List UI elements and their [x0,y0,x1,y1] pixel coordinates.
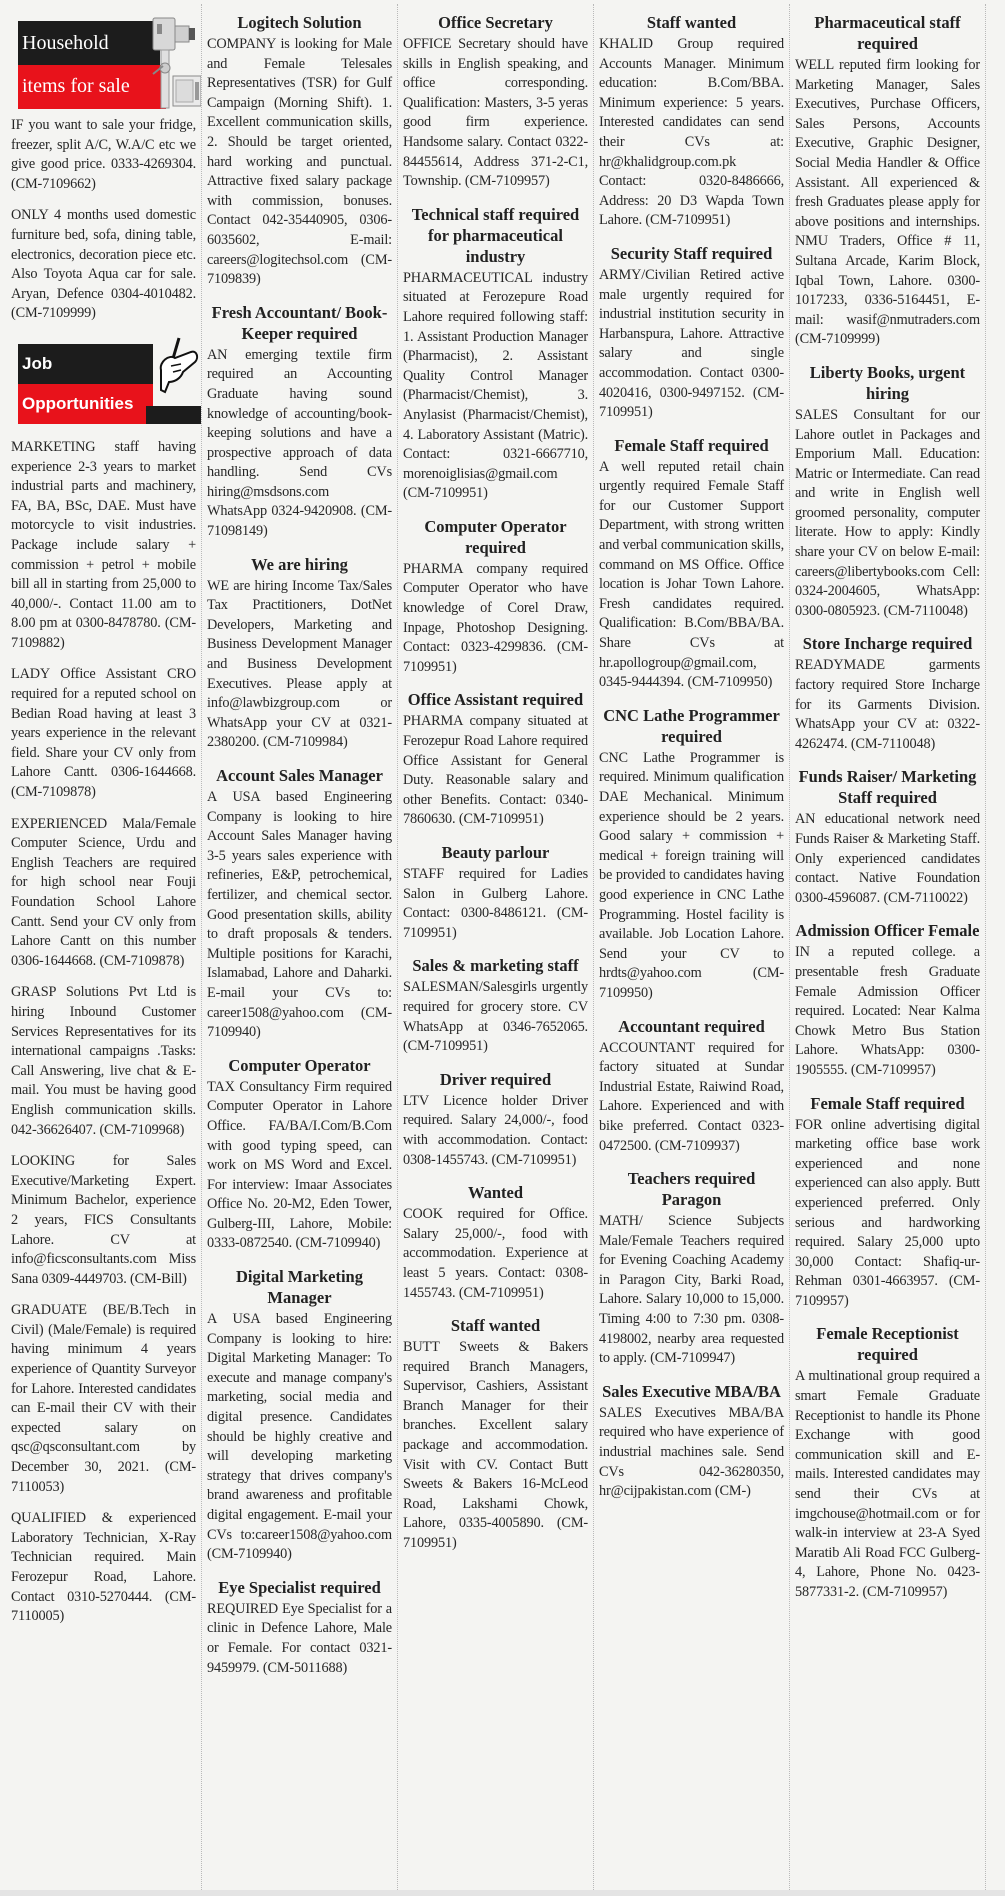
classified-ad: GRADUATE (BE/B.Tech in Civil) (Male/Fema… [11,1301,196,1497]
ad-body: STAFF required for Ladies Salon in Gulbe… [403,865,588,943]
ad-title: Female Receptionist required [795,1323,980,1365]
ad-body: LOOKING for Sales Executive/Marketing Ex… [11,1152,196,1289]
classified-ad: Computer Operator requiredPHARMA company… [403,516,588,678]
ad-title: Computer Operator [207,1055,392,1076]
ad-body: READYMADE garments factory required Stor… [795,656,980,754]
classified-ad: Funds Raiser/ Marketing Staff requiredAN… [795,766,980,908]
classified-ad: Staff wantedKHALID Group required Accoun… [599,12,784,231]
classified-ad: Driver requiredLTV Licence holder Driver… [403,1069,588,1170]
banner-title-line1: Job [18,344,153,384]
classified-ad: Fresh Accountant/ Book-Keeper requiredAN… [207,302,392,542]
ad-title: Female Staff required [599,435,784,456]
classified-ad: Teachers required ParagonMATH/ Science S… [599,1168,784,1369]
classified-ad: Female Staff requiredA well reputed reta… [599,435,784,693]
ad-title: Wanted [403,1182,588,1203]
classified-ad: Sales & marketing staffSALESMAN/Salesgir… [403,955,588,1056]
ad-body: COOK required for Office. Salary 25,000/… [403,1205,588,1303]
ad-body: KHALID Group required Accounts Manager. … [599,35,784,231]
ad-body: A multinational group required a smart F… [795,1367,980,1602]
ad-body: COMPANY is looking for Male and Female T… [207,35,392,290]
classified-ad: Female Staff requiredFOR online advertis… [795,1093,980,1312]
classified-ad: Eye Specialist requiredREQUIRED Eye Spec… [207,1577,392,1678]
ad-body: MATH/ Science Subjects Male/Female Teach… [599,1212,784,1369]
ad-title: CNC Lathe Programmer required [599,705,784,747]
ad-body: SALESMAN/Salesgirls urgently required fo… [403,978,588,1056]
ad-title: Admission Officer Female [795,920,980,941]
ad-body: REQUIRED Eye Specialist for a clinic in … [207,1600,392,1678]
ad-title: Sales & marketing staff [403,955,588,976]
ad-title: Fresh Accountant/ Book-Keeper required [207,302,392,344]
ad-title: Teachers required Paragon [599,1168,784,1210]
ad-body: GRADUATE (BE/B.Tech in Civil) (Male/Fema… [11,1301,196,1497]
classified-ad: LOOKING for Sales Executive/Marketing Ex… [11,1152,196,1289]
banner-underline [146,406,201,424]
ad-title: Sales Executive MBA/BA [599,1381,784,1402]
classified-ad: QUALIFIED & experienced Laboratory Techn… [11,1509,196,1627]
ad-title: Staff wanted [599,12,784,33]
ad-body: ACCOUNTANT required for factory situated… [599,1039,784,1157]
household-items-banner: Household items for sale [11,4,196,112]
ad-body: EXPERIENCED Mala/Female Computer Science… [11,815,196,972]
ad-title: We are hiring [207,554,392,575]
page-bottom-edge [0,1890,1005,1896]
classified-ad: IF you want to sale your fridge, freezer… [11,116,196,194]
ad-body: A well reputed retail chain urgently req… [599,458,784,693]
job-opportunities-banner: Job Opportunities [11,336,196,434]
classified-ad: WantedCOOK required for Office. Salary 2… [403,1182,588,1303]
ad-title: Pharmaceutical staff required [795,12,980,54]
ad-body: IF you want to sale your fridge, freezer… [11,116,196,194]
classified-ad: Admission Officer FemaleIN a reputed col… [795,920,980,1080]
classified-ad: MARKETING staff having experience 2-3 ye… [11,438,196,654]
column-1: Household items for sale IF you want to … [6,4,202,1896]
ad-body: WELL reputed firm looking for Marketing … [795,56,980,350]
ad-title: Beauty parlour [403,842,588,863]
ad-title: Liberty Books, urgent hiring [795,362,980,404]
banner-title-line1: Household [18,21,160,65]
ad-body: ARMY/Civilian Retired active male urgent… [599,266,784,423]
classified-ad: Female Receptionist requiredA multinatio… [795,1323,980,1602]
ad-body: IN a reputed college. a presentable fres… [795,943,980,1080]
ad-body: AN emerging textile firm required an Acc… [207,346,392,542]
classified-ad: GRASP Solutions Pvt Ltd is hiring Inboun… [11,983,196,1140]
classified-ad: Store Incharge requiredREADYMADE garment… [795,633,980,754]
classified-ad: Staff wantedBUTT Sweets & Bakers require… [403,1315,588,1554]
ad-body: MARKETING staff having experience 2-3 ye… [11,438,196,654]
ad-title: Driver required [403,1069,588,1090]
ad-body: WE are hiring Income Tax/Sales Tax Pract… [207,577,392,753]
ad-body: OFFICE Secretary should have skills in E… [403,35,588,192]
ad-body: LTV Licence holder Driver required. Sala… [403,1092,588,1170]
ad-body: A USA based Engineering Company is looki… [207,1310,392,1565]
classified-ad: Accountant requiredACCOUNTANT required f… [599,1016,784,1157]
ad-body: A USA based Engineering Company is looki… [207,788,392,1043]
ad-body: SALES Consultant for our Lahore outlet i… [795,406,980,622]
classified-ad: Office SecretaryOFFICE Secretary should … [403,12,588,192]
ad-body: PHARMA company required Computer Operato… [403,560,588,678]
classified-ad: Beauty parlourSTAFF required for Ladies … [403,842,588,943]
ad-title: Account Sales Manager [207,765,392,786]
ad-body: PHARMACEUTICAL industry situated at Fero… [403,269,588,504]
camera-tv-icon [149,10,202,110]
ad-body: CNC Lathe Programmer is required. Minimu… [599,749,784,1004]
ad-body: ONLY 4 months used domestic furniture be… [11,206,196,324]
classified-ad: Office Assistant requiredPHARMA company … [403,689,588,830]
ad-title: Office Assistant required [403,689,588,710]
classified-ad: Digital Marketing ManagerA USA based Eng… [207,1266,392,1565]
ad-body: SALES Executives MBA/BA required who hav… [599,1404,784,1502]
banner-title-line2: Opportunities [18,384,153,424]
ad-body: PHARMA company situated at Ferozepur Roa… [403,712,588,830]
classified-ad: CNC Lathe Programmer requiredCNC Lathe P… [599,705,784,1004]
ad-title: Technical staff required for pharmaceuti… [403,204,588,267]
classified-ad: Account Sales ManagerA USA based Enginee… [207,765,392,1043]
ad-body: TAX Consultancy Firm required Computer O… [207,1078,392,1254]
ad-title: Computer Operator required [403,516,588,558]
classified-ad: ONLY 4 months used domestic furniture be… [11,206,196,324]
classified-ad: Pharmaceutical staff requiredWELL repute… [795,12,980,350]
classified-ad: LADY Office Assistant CRO required for a… [11,665,196,802]
ad-title: Accountant required [599,1016,784,1037]
classified-ad: We are hiringWE are hiring Income Tax/Sa… [207,554,392,753]
ad-title: Office Secretary [403,12,588,33]
ad-body: GRASP Solutions Pvt Ltd is hiring Inboun… [11,983,196,1140]
ad-title: Logitech Solution [207,12,392,33]
classified-ad: EXPERIENCED Mala/Female Computer Science… [11,815,196,972]
classified-ad: Computer OperatorTAX Consultancy Firm re… [207,1055,392,1254]
classified-ad: Liberty Books, urgent hiringSALES Consul… [795,362,980,622]
ad-title: Digital Marketing Manager [207,1266,392,1308]
ad-body: FOR online advertising digital marketing… [795,1116,980,1312]
classified-ad: Security Staff requiredARMY/Civilian Ret… [599,243,784,423]
column-5: Pharmaceutical staff requiredWELL repute… [790,4,986,1896]
ad-title: Female Staff required [795,1093,980,1114]
classified-ad: Technical staff required for pharmaceuti… [403,204,588,504]
ad-title: Eye Specialist required [207,1577,392,1598]
classified-ad: Logitech SolutionCOMPANY is looking for … [207,12,392,290]
ad-title: Security Staff required [599,243,784,264]
ad-title: Store Incharge required [795,633,980,654]
classified-ad: Sales Executive MBA/BASALES Executives M… [599,1381,784,1502]
column-4: Staff wantedKHALID Group required Accoun… [594,4,790,1896]
ad-title: Funds Raiser/ Marketing Staff required [795,766,980,808]
ad-body: QUALIFIED & experienced Laboratory Techn… [11,1509,196,1627]
ad-body: BUTT Sweets & Bakers required Branch Man… [403,1338,588,1554]
column-2: Logitech SolutionCOMPANY is looking for … [202,4,398,1896]
ad-body: LADY Office Assistant CRO required for a… [11,665,196,802]
hand-writing-pen-icon [151,336,201,402]
banner-title-line2: items for sale [18,65,166,109]
column-3: Office SecretaryOFFICE Secretary should … [398,4,594,1896]
ad-title: Staff wanted [403,1315,588,1336]
classified-ads-page: Household items for sale IF you want to … [0,0,1005,1896]
ad-body: AN educational network need Funds Raiser… [795,810,980,908]
